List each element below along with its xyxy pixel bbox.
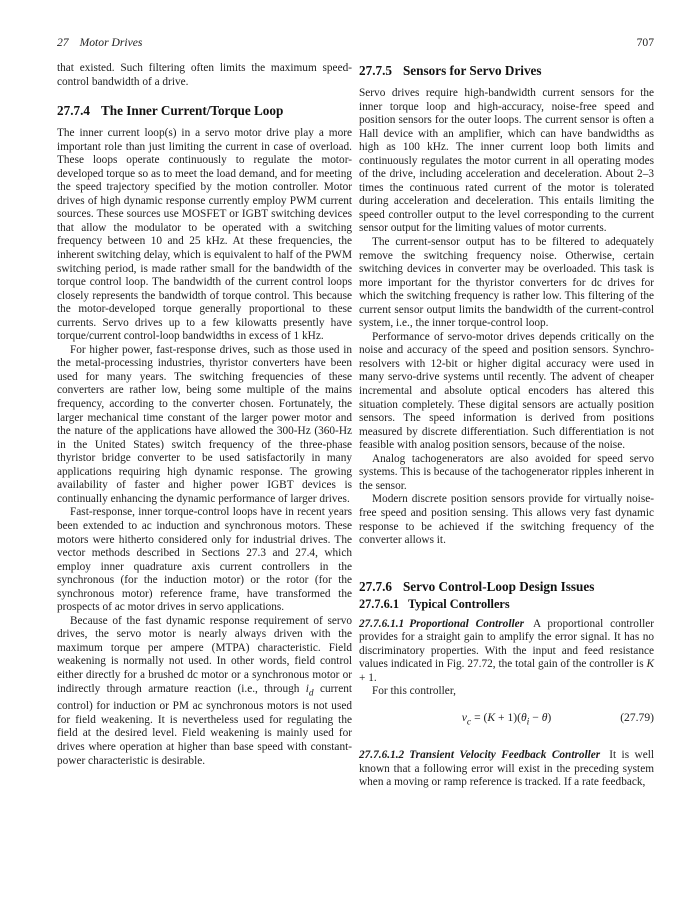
left-column: that existed. Such filtering often limit… [57,62,352,790]
subsubsection-number: 27.7.6.1.1 [359,618,404,630]
book-page: 27Motor Drives 707 that existed. Such fi… [0,0,696,900]
equation-expression: vc = (K + 1)(θi − θ) [462,711,552,724]
paragraph: For higher power, fast-response drives, … [57,344,352,507]
equation-27-79: vc = (K + 1)(θi − θ) (27.79) [359,711,654,729]
running-head: 27Motor Drives 707 [57,36,654,49]
section-number: 27.7.5 [359,63,392,78]
equation-number: (27.79) [620,711,654,725]
subsubsection-transient-velocity-feedback: 27.7.6.1.2Transient Velocity Feedback Co… [359,749,654,790]
page-number: 707 [637,36,654,49]
subsection-title: Typical Controllers [408,597,510,611]
section-heading-27-7-4: 27.7.4The Inner Current/Torque Loop [57,103,352,119]
paragraph: Analog tachogenerators are also avoided … [359,453,654,494]
subsubsection-title: Transient Velocity Feedback Controller [409,749,600,761]
running-head-chapter: 27Motor Drives [57,36,142,49]
subsection-heading-27-7-6-1: 27.7.6.1Typical Controllers [359,597,654,612]
section-title: The Inner Current/Torque Loop [101,103,283,118]
section-title: Sensors for Servo Drives [403,63,542,78]
paragraph: The inner current loop(s) in a servo mot… [57,127,352,344]
chapter-number: 27 [57,36,69,49]
subsubsection-title: Proportional Controller [409,618,524,630]
subsubsection-proportional-controller: 27.7.6.1.1Proportional ControllerA propo… [359,618,654,686]
paragraph: Modern discrete position sensors provide… [359,493,654,547]
equation-lead-in: For this controller, [359,685,654,699]
section-number: 27.7.6 [359,579,392,594]
section-heading-27-7-6: 27.7.6Servo Control-Loop Design Issues [359,579,654,595]
continuation-paragraph: that existed. Such filtering often limit… [57,62,352,89]
section-heading-27-7-5: 27.7.5Sensors for Servo Drives [359,63,654,79]
paragraph: Fast-response, inner torque-control loop… [57,506,352,614]
paragraph: Performance of servo-motor drives depend… [359,331,654,453]
section-title: Servo Control-Loop Design Issues [403,579,594,594]
right-column: 27.7.5Sensors for Servo Drives Servo dri… [359,62,654,790]
subsection-number: 27.7.6.1 [359,597,399,611]
paragraph: The current-sensor output has to be filt… [359,236,654,331]
chapter-title: Motor Drives [80,36,143,49]
subsubsection-number: 27.7.6.1.2 [359,749,404,761]
paragraph: Servo drives require high-bandwidth curr… [359,87,654,236]
section-number: 27.7.4 [57,103,90,118]
paragraph: Because of the fast dynamic response req… [57,615,352,768]
two-column-body: that existed. Such filtering often limit… [57,62,654,790]
